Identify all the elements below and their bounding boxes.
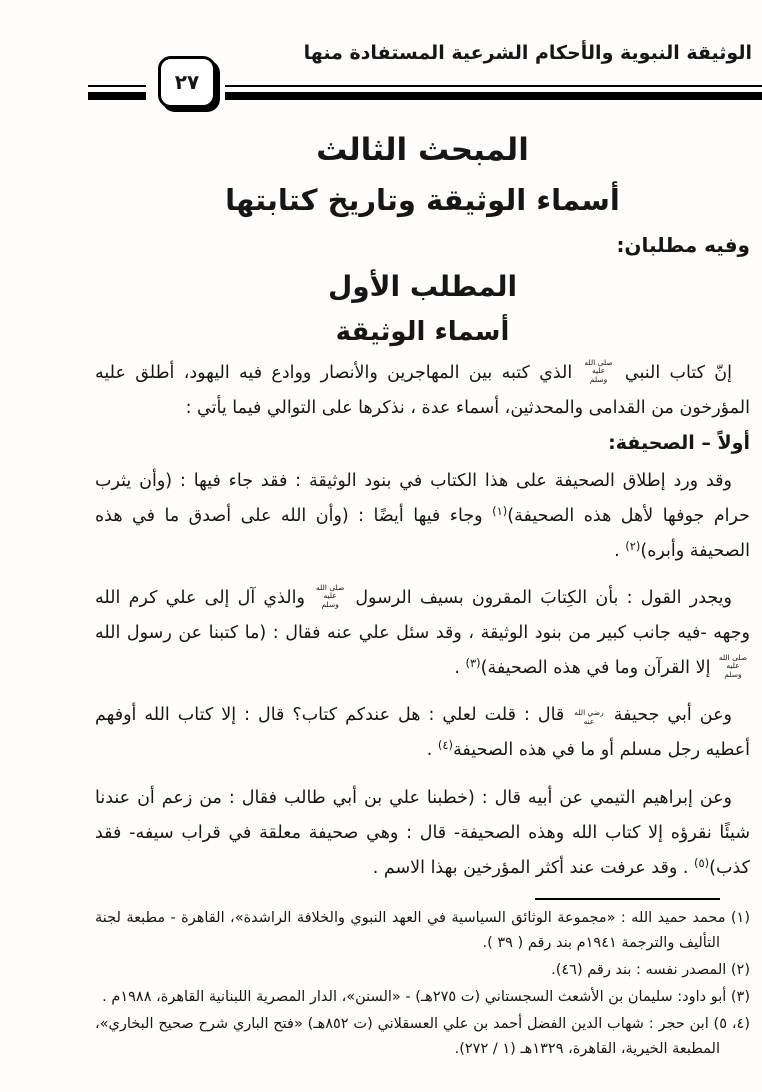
pbuh-honorific-icon: صلى اللهعليه وسلم <box>718 654 748 680</box>
body-paragraph-1: إنّ كتاب النبي صلى اللهعليه وسلم الذي كت… <box>95 356 750 426</box>
body-paragraph-5: وعن إبراهيم التيمي عن أبيه قال : (خطبنا … <box>95 781 750 886</box>
section-intro-note: وفيه مطلبان: <box>95 232 750 258</box>
footnote-2: (٢) المصدر نفسه : بند رقم (٤٦). <box>95 958 750 983</box>
book-page: الوثيقة النبوية والأحكام الشرعية المستفا… <box>0 0 762 1092</box>
page-number-container: ٢٧ <box>146 56 225 116</box>
page-number: ٢٧ <box>175 70 199 94</box>
footnote-3: (٣) أبو داود: سليمان بن الأشعث السجستاني… <box>95 985 750 1010</box>
radi-allahu-anhu-honorific-icon: رضي اللهعنه <box>574 709 604 726</box>
pbuh-honorific-icon: صلى اللهعليه وسلم <box>584 359 614 385</box>
body-paragraph-3: ويجدر القول : بأن الكِتابَ المقرون بسيف … <box>95 581 750 686</box>
footnote-4-5: (٤، ٥) ابن حجر : شهاب الدين الفضل أحمد ب… <box>95 1012 750 1062</box>
section-subtitle: أسماء الوثيقة وتاريخ كتابتها <box>95 180 750 220</box>
body-paragraph-2: وقد ورد إطلاق الصحيفة على هذا الكتاب في … <box>95 464 750 569</box>
page-number-badge: ٢٧ <box>158 56 216 108</box>
pbuh-honorific-icon: صلى اللهعليه وسلم <box>315 584 345 610</box>
page-content: المبحث الثالث أسماء الوثيقة وتاريخ كتابت… <box>95 118 750 1062</box>
footnote-1: (١) محمد حميد الله : «مجموعة الوثائق الس… <box>95 906 750 956</box>
matlab-subtitle: أسماء الوثيقة <box>95 314 750 350</box>
matlab-title: المطلب الأول <box>95 268 750 306</box>
running-header-title: الوثيقة النبوية والأحكام الشرعية المستفا… <box>304 42 752 64</box>
section-title: المبحث الثالث <box>95 128 750 172</box>
body-paragraph-4: وعن أبي جحيفة رضي اللهعنه قال : قلت لعلي… <box>95 698 750 768</box>
first-name-heading: أولاً – الصحيفة: <box>95 430 750 456</box>
footnote-separator <box>535 898 720 900</box>
